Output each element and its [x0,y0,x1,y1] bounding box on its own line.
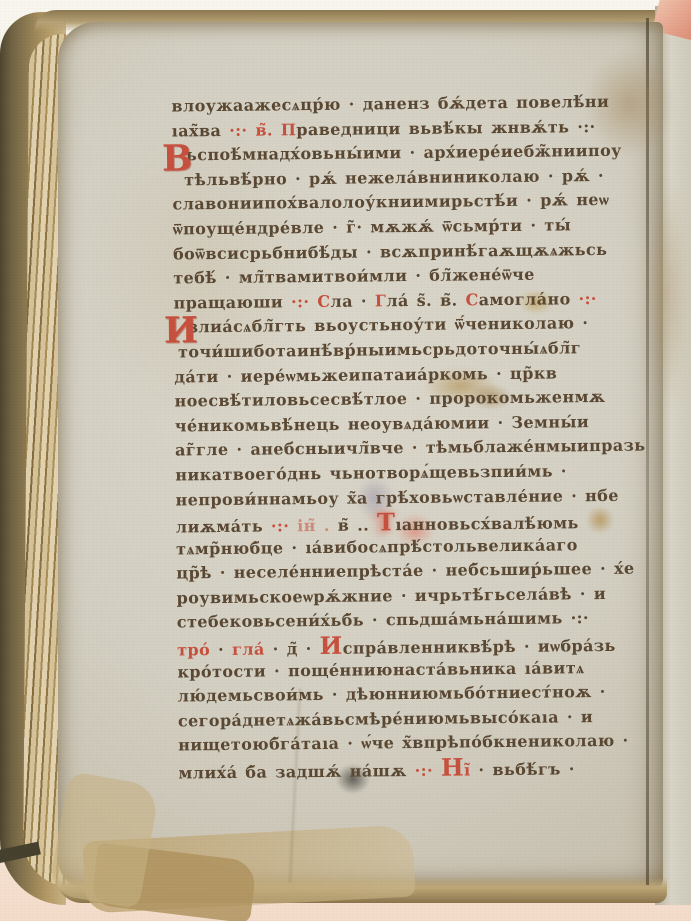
text-segment: стебековьсени́х́ьб̃ь · спьдша́мьна́шимь … [177,609,589,632]
text-segment: ıанновьсх́валѣ́юмь [395,513,579,534]
text-segment: С [465,290,478,309]
text-segment: · [218,640,232,659]
text-segment: тро́ [177,640,218,659]
text-segment: влоужаажесѧцр́ю · даненз бѫ́дета повелѣ́… [171,92,609,116]
text-segment: че́никомьвѣ́нець неоувѧда́юмии · Земны́и [175,412,589,435]
text-segment: амогла́но [479,289,579,309]
text-segment: нищетоюб̃га́таıа · ѡ́че х̃впрѣпо́бкненик… [178,731,629,755]
text-segment: ·:· [579,289,597,308]
text-segment: И [319,631,342,660]
text-segment: Т [377,507,396,536]
text-segment: гла́ [232,640,273,659]
text-segment: цр̃ѣ · неселе́нниепрѣста́е · неб̃сьшир́ь… [176,559,634,583]
page-bottom-edge [56,877,667,903]
text-segment: боѿвсисрьбнибѣ́ды · всѫпринѣ́гаѫщѫѧжьсь [173,240,607,264]
text-segment: ·:· [229,120,255,139]
text-segment: С [317,292,330,311]
illuminated-initial: В [162,140,193,176]
manuscript-line: млих́а́ б̃а задшѫ́ на́шѫ ·:· Ні̃ · вьбѣ́… [178,754,652,784]
text-segment: ьспоѣ́мнадх́овьны́ими · арх́иере́иебж̃ни… [186,141,622,165]
text-segment: ·:· [271,516,297,535]
text-segment: раведници вьвѣ́кы жнвѫ́ть ·:· [296,117,595,139]
text-segment: никатвоего́днь чьнотворѧ́щевьзпии́мь · [175,461,567,484]
text-segment: в̃. [255,120,281,139]
text-segment: спра́вленниквѣ́рѣ · иѡбра́зь [343,636,616,658]
text-segment: в̃ .. [338,515,378,534]
text-segment: ла́ ѕ̃. в̃. [386,290,465,310]
text-segment: ѿпоуще́ндре́вле · г̃· мѫжѫ́ ѿсьмр́ти · т… [173,215,572,238]
text-segment: злиа́сѧбл̃гть вьоустьноу́ти ѿ́чениколаю … [188,313,589,336]
text-segment: · д̃ · [273,639,320,658]
text-segment: ·:· [291,292,317,311]
text-segment: кро́тости · поще́нниюнаста́вьника ıа́вит… [177,658,584,681]
text-segment: Н [441,753,464,782]
text-segment: ла · [330,291,375,310]
text-segment: лиѫма́ть [176,517,271,537]
text-segment: · вьбѣ́гъ · [478,759,574,779]
text-segment: П [281,120,297,139]
text-segment: роувимьскоеѡрѫ́жние · ичрьтѣ́гьсела́вѣ ·… [177,584,607,607]
text-segment: тѣльвѣ́рно · рѫ́ нежела́вниниколаю · рѫ́… [184,166,604,189]
text-segment: лю́демьсвои́мь · дѣюнниюмьбо́тниест́ноѫ … [178,682,606,705]
text-segment: ·:· [415,761,441,780]
text-segment: тебѣ́ · мл̃твамитвои́мли · бл̃жене́ѿче [173,265,535,288]
text-segment: да́ти · иере́ѡмьжеипатаиа́ркомь · цр̃кв [174,363,557,386]
text-segment: ноесвѣ́тиловьсесвѣ́тлое · пророкомьженмѫ [174,387,605,411]
text-segment: тѧмр̃нюб̃це · ıа́вибосѧпрѣ́стольвелика́а… [176,535,578,558]
text-segment: точи́шиботаинѣ́вр́ныимьсрьдоточны́ѧбл̃г [178,338,581,361]
text-segment: сегора́днетѧжа́вьсмѣре́ниюмьвысо́каıа · … [178,707,593,730]
manuscript-photo: влоужаажесѧцр́ю · даненз бѫ́дета повелѣ́… [0,0,691,921]
text-segment: Г [375,291,387,310]
text-segment: млих́а́ б̃а задшѫ́ на́шѫ [178,761,414,782]
text-segment: і̃ [464,760,479,779]
illuminated-initial: И [164,313,199,349]
text-segment: аг̃гле · анеб́сныичл̃вче · тѣмьблаже́нмы… [175,436,646,460]
text-segment: ін̃ . [297,516,338,535]
text-segment: непрови́ннамьоу х̃а грѣ́ховьѡставле́ние … [175,485,619,509]
text-block: влоужаажесѧцр́ю · даненз бѫ́дета повелѣ́… [171,90,652,795]
text-segment: славониипох́валолоу́книимирьстѣ́и · рѫ́ … [172,190,609,214]
